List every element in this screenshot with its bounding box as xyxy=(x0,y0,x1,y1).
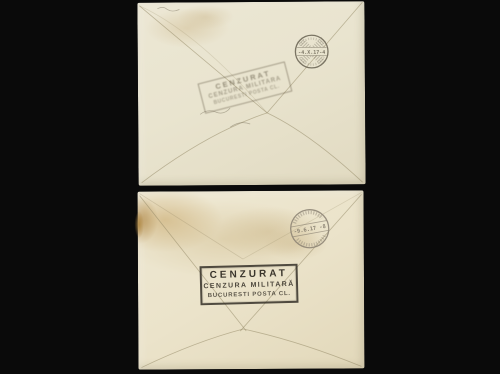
photo-background: -4.X.17-4 CENZURAT CENZURA MILITARĂ BUCU… xyxy=(0,0,500,374)
envelope-bottom: -9.6.17 -8 CENZURAT CENZURA MILITARĂ BUC… xyxy=(138,190,365,369)
envelope-top: -4.X.17-4 CENZURAT CENZURA MILITARĂ BUCU… xyxy=(137,1,365,186)
censor-stamp-bottom: CENZURAT CENZURA MILITARĂ BUCURESTI POST… xyxy=(200,264,299,306)
censor-line-3: BUCURESTI POSTA CL. xyxy=(202,290,296,301)
postmark-bottom: -9.6.17 -8 xyxy=(285,204,334,253)
postmark-top: -4.X.17-4 xyxy=(294,33,330,69)
postmark-top-date: -4.X.17-4 xyxy=(298,50,325,56)
gum-stain xyxy=(135,212,144,238)
